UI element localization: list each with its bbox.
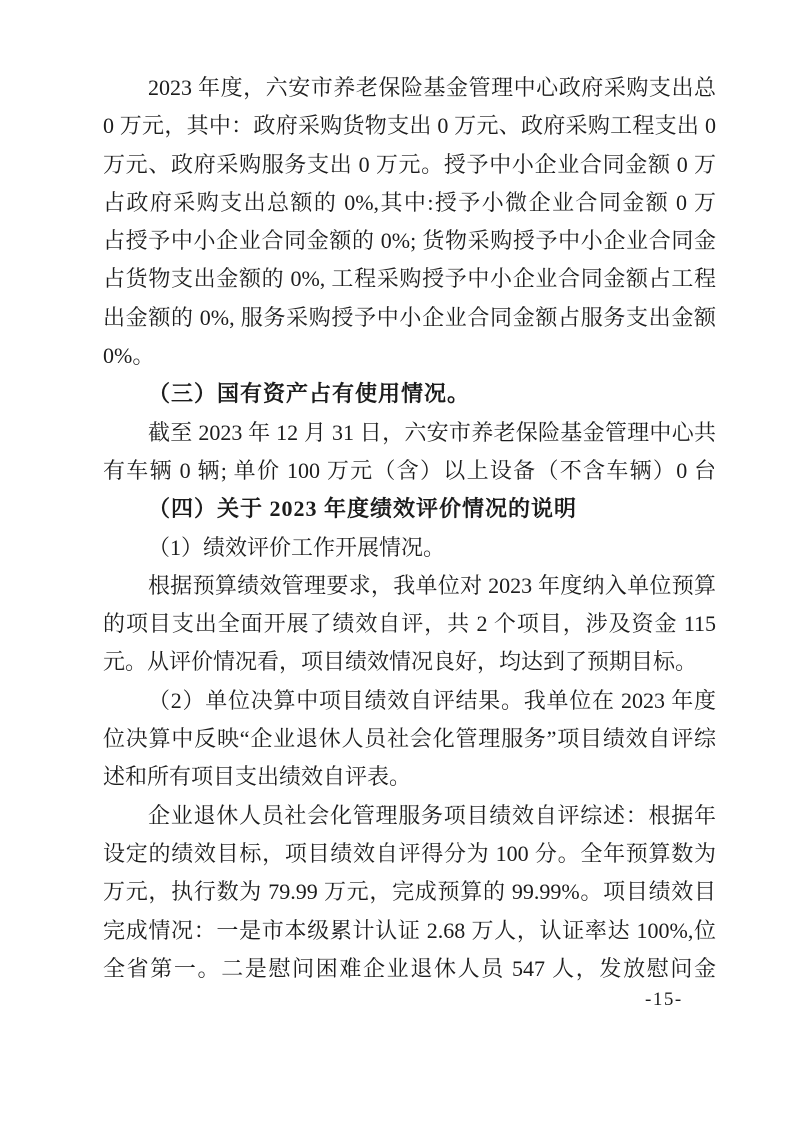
text-line: 的项目支出全面开展了绩效自评，共 2 个项目，涉及资金 115 万 [103, 605, 716, 643]
document-page: 2023 年度，六安市养老保险基金管理中心政府采购支出总额0 万元，其中：政府采… [0, 0, 794, 1122]
text-line: 万元、政府采购服务支出 0 万元。授予中小企业合同金额 0 万元， [103, 146, 716, 184]
text-line: 有车辆 0 辆; 单价 100 万元（含）以上设备（不含车辆）0 台（套）。 [103, 452, 716, 490]
paragraph: 2023 年度，六安市养老保险基金管理中心政府采购支出总额0 万元，其中：政府采… [103, 69, 716, 375]
text-line: 截至 2023 年 12 月 31 日，六安市养老保险基金管理中心共 [103, 414, 716, 452]
paragraph: （1）绩效评价工作开展情况。 [103, 529, 716, 567]
text-line: 元。从评价情况看，项目绩效情况良好，均达到了预期目标。 [103, 643, 716, 681]
text-line: 0%。 [103, 337, 716, 375]
paragraph: 截至 2023 年 12 月 31 日，六安市养老保险基金管理中心共有车辆 0 … [103, 414, 716, 491]
text-line: 占政府采购支出总额的 0%,其中:授予小微企业合同金额 0 万元， [103, 184, 716, 222]
text-line: 万元，执行数为 79.99 万元，完成预算的 99.99%。项目绩效目标 [103, 873, 716, 911]
text-line: 完成情况：一是市本级累计认证 2.68 万人，认证率达 100%,位居 [103, 912, 716, 950]
page-number: -15- [645, 989, 683, 1011]
text-line: 述和所有项目支出绩效自评表。 [103, 758, 716, 796]
text-line: 企业退休人员社会化管理服务项目绩效自评综述：根据年初 [103, 797, 716, 835]
text-line: 出金额的 0%, 服务采购授予中小企业合同金额占服务支出金额的 [103, 299, 716, 337]
text-line: 设定的绩效目标，项目绩效自评得分为 100 分。全年预算数为 80 [103, 835, 716, 873]
text-line: 2023 年度，六安市养老保险基金管理中心政府采购支出总额 [103, 69, 716, 107]
text-line: 位决算中反映“企业退休人员社会化管理服务”项目绩效自评综 [103, 720, 716, 758]
text-line: 0 万元，其中：政府采购货物支出 0 万元、政府采购工程支出 0 [103, 107, 716, 145]
paragraph: 企业退休人员社会化管理服务项目绩效自评综述：根据年初设定的绩效目标，项目绩效自评… [103, 797, 716, 988]
paragraph: 根据预算绩效管理要求，我单位对 2023 年度纳入单位预算的项目支出全面开展了绩… [103, 567, 716, 682]
text-line: （2）单位决算中项目绩效自评结果。我单位在 2023 年度单 [103, 682, 716, 720]
section-heading: （四）关于 2023 年度绩效评价情况的说明 [103, 490, 716, 528]
paragraph: （2）单位决算中项目绩效自评结果。我单位在 2023 年度单位决算中反映“企业退… [103, 682, 716, 797]
text-line: 根据预算绩效管理要求，我单位对 2023 年度纳入单位预算 [103, 567, 716, 605]
document-body: 2023 年度，六安市养老保险基金管理中心政府采购支出总额0 万元，其中：政府采… [103, 69, 716, 988]
text-line: 占货物支出金额的 0%, 工程采购授予中小企业合同金额占工程支 [103, 260, 716, 298]
text-line: 全省第一。二是慰问困难企业退休人员 547 人，发放慰问金 27.4 [103, 950, 716, 988]
text-line: （四）关于 2023 年度绩效评价情况的说明 [103, 490, 716, 528]
section-heading: （三）国有资产占有使用情况。 [103, 375, 716, 413]
text-line: （三）国有资产占有使用情况。 [103, 375, 716, 413]
text-line: （1）绩效评价工作开展情况。 [103, 529, 716, 567]
text-line: 占授予中小企业合同金额的 0%; 货物采购授予中小企业合同金额 [103, 222, 716, 260]
